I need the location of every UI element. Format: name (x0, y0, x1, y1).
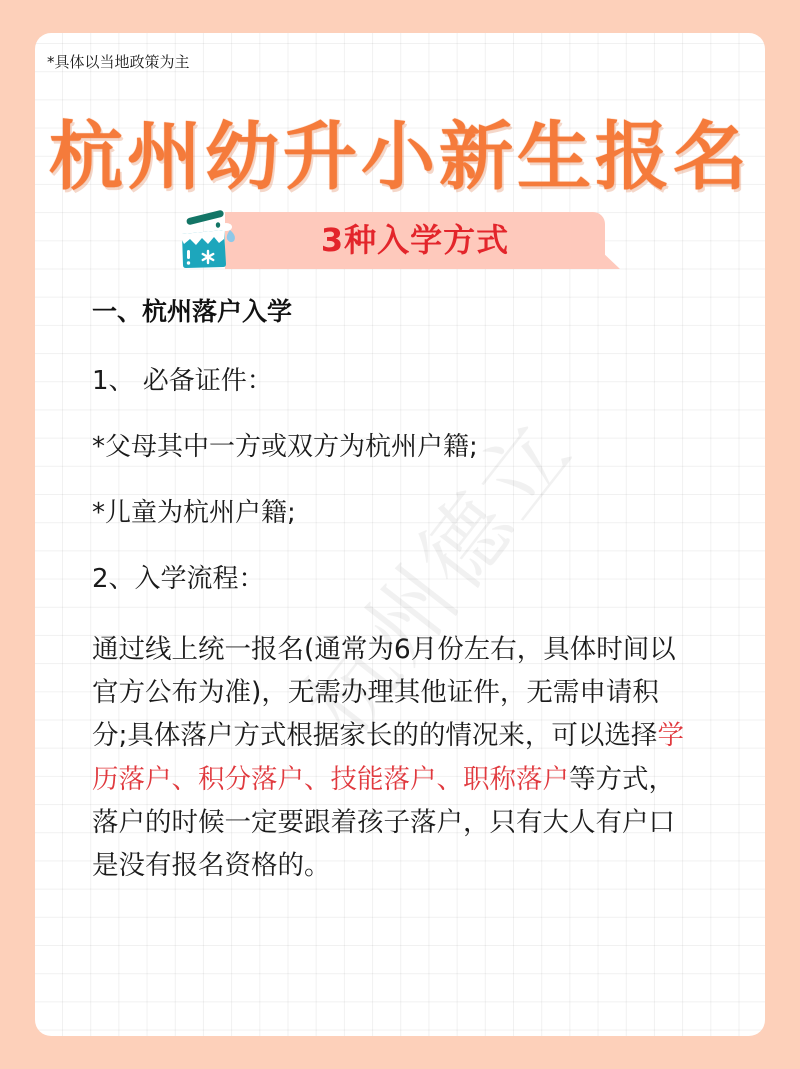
paragraph-line: 落户的时候一定要跟着孩子落户，只有大人有户口 (92, 801, 732, 844)
paragraph-line: 官方公布为准)，无需办理其他证件，无需申请积 (92, 671, 732, 714)
highlight-text: 学 (657, 720, 684, 751)
highlight-text: 历落户、积分落户、技能落户、职称落户 (92, 764, 569, 795)
policy-disclaimer: *具体以当地政策为主 (47, 51, 190, 72)
section-heading: 一、杭州落户入学 (92, 294, 292, 330)
paragraph-text: 分;具体落户方式根据家长的的情况来，可以选择 (92, 720, 657, 751)
enrollment-process-label: 2、入学流程： (92, 561, 265, 597)
paragraph-line: 通过线上统一报名(通常为6月份左右，具体时间以 (92, 628, 732, 671)
paragraph-line: 分;具体落户方式根据家长的的情况来，可以选择学 (92, 714, 732, 757)
paragraph-line: 是没有报名资格的。 (92, 844, 732, 887)
page-title: 杭州幼升小新生报名 (0, 112, 800, 202)
requirement-child-hukou: *儿童为杭州户籍; (92, 495, 296, 531)
ice-bucket-icon (174, 208, 238, 272)
paragraph-text: 等方式， (569, 764, 675, 795)
requirement-parents-hukou: *父母其中一方或双方为杭州户籍; (92, 429, 478, 465)
paragraph-line: 历落户、积分落户、技能落户、职称落户等方式， (92, 758, 732, 801)
required-documents-label: 1、 必备证件： (92, 363, 273, 399)
enrollment-process-paragraph: 通过线上统一报名(通常为6月份左右，具体时间以 官方公布为准)，无需办理其他证件… (92, 628, 732, 887)
subtitle-banner-text: 3种入学方式 (225, 212, 605, 269)
